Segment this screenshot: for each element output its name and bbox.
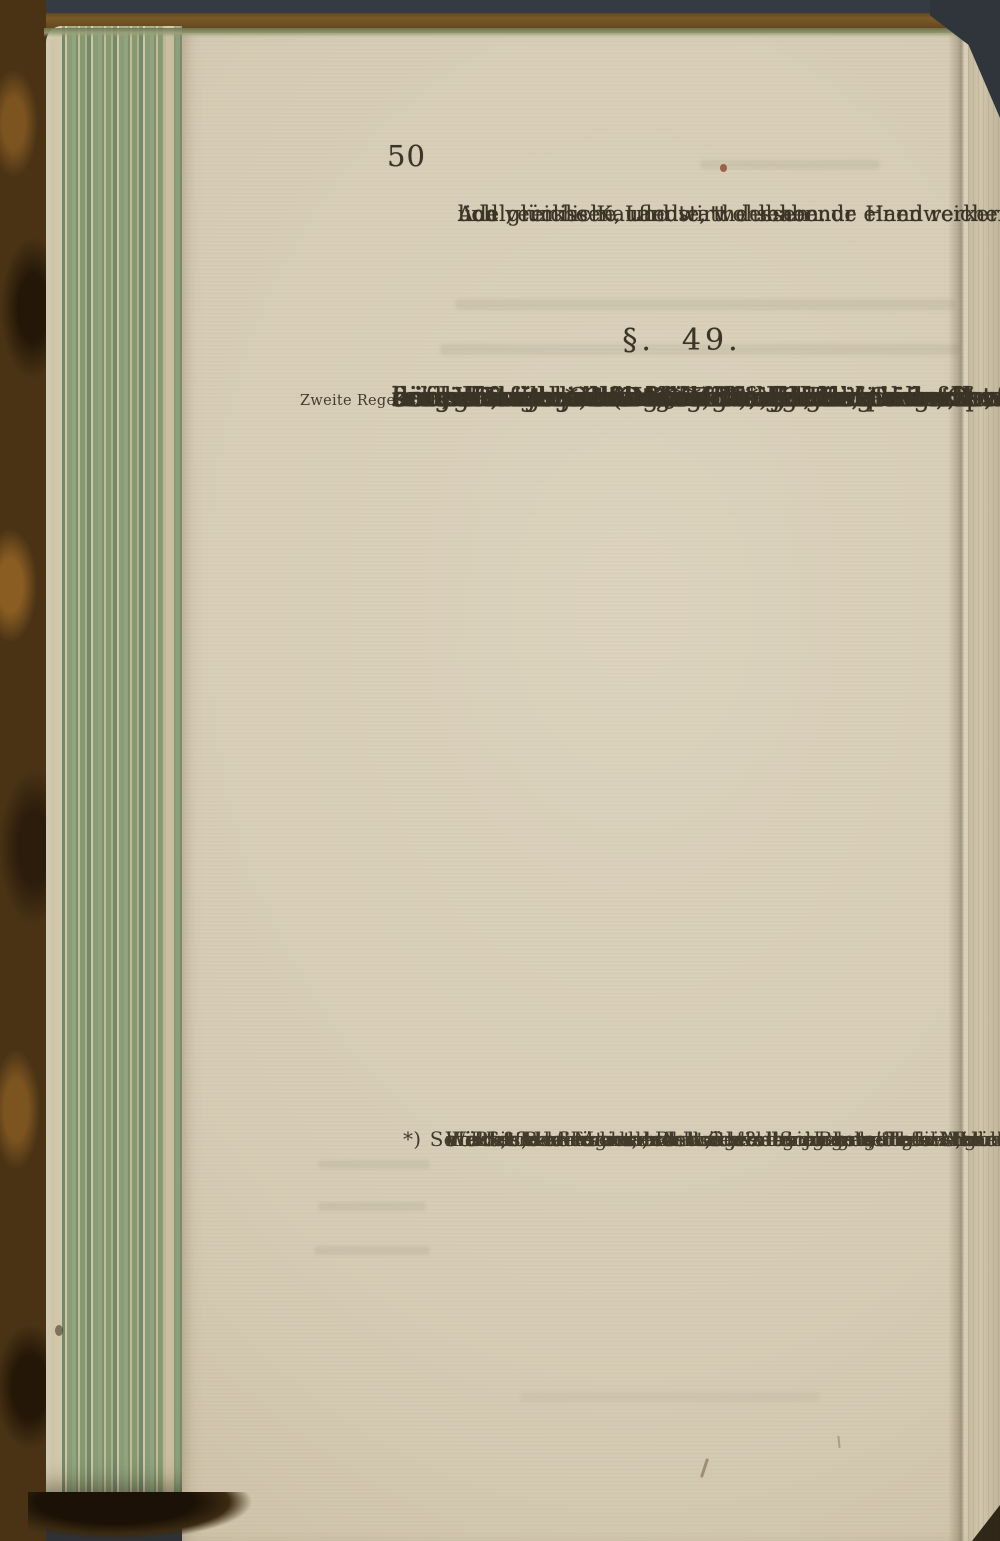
book-cover-spine — [0, 0, 46, 1541]
text-line: n e s S t a a t s ****) abhängt. — [392, 380, 841, 417]
bleedthrough — [318, 1160, 430, 1169]
bleedthrough — [314, 1246, 430, 1255]
bleedthrough — [318, 1202, 426, 1211]
section-heading: §. 49. — [392, 323, 972, 358]
bleedthrough — [455, 299, 955, 310]
book-photo: 50 lich vermissen, und statt dessen nur … — [0, 0, 1000, 1541]
text-line: die Sitte herrscht, B a s t e l n zu tra… — [403, 1126, 1000, 1153]
bleedthrough — [520, 1392, 820, 1402]
margin-note: Zweite Regel. — [300, 393, 405, 409]
paper-texture — [182, 33, 1000, 1541]
adjacent-page-edge — [968, 33, 1000, 1541]
page-number: 50 — [387, 139, 426, 173]
stain — [720, 164, 727, 172]
background-top-band — [0, 0, 1000, 13]
cover-corner-bottom-left — [28, 1492, 278, 1541]
page-edge-stack — [46, 26, 182, 1506]
text-line: und glückliche Landwirthe sehen. — [458, 201, 826, 229]
page-fold-crease — [948, 33, 970, 1541]
page-top-edge — [44, 28, 990, 37]
stain — [55, 1325, 63, 1336]
bleedthrough — [700, 160, 880, 169]
